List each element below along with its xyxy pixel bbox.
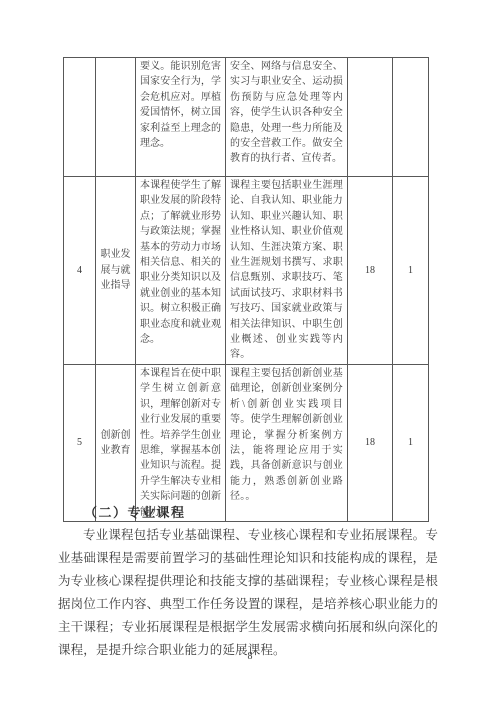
cell-course-content: 课程主要包括职业生涯理论、自我认知、职业能力认知、职业兴趣认知、职业性格认知、职… <box>226 177 348 365</box>
cell-course-name: 职业发展与就业指导 <box>96 177 136 365</box>
cell-course-hours <box>348 58 393 177</box>
cell-course-goal: 要义。能识别危害国家安全行为，学会危机应对。厚植爱国情怀，树立国家利益至上理念的… <box>136 58 226 177</box>
section-paragraph: 专业课程包括专业基础课程、专业核心课程和专业拓展课程。专业基础课程是需要前置学习… <box>58 524 438 662</box>
table-row-continued: 要义。能识别危害国家安全行为，学会危机应对。厚植爱国情怀，树立国家利益至上理念的… <box>64 58 429 177</box>
cell-course-hours: 18 <box>348 177 393 365</box>
page-number: 8 <box>0 651 500 662</box>
cell-course-credits: 1 <box>393 177 429 365</box>
course-table: 要义。能识别危害国家安全行为，学会危机应对。厚植爱国情怀，树立国家利益至上理念的… <box>63 57 429 522</box>
cell-course-goal: 本课程使学生了解职业发展的阶段特点；了解就业形势与政策法规；掌握基本的劳动力市场… <box>136 177 226 365</box>
section-heading: （二）专业课程 <box>84 502 186 521</box>
cell-course-content: 课程主要包括创新创业基础理论，创新创业案例分析\创新创业实践项目等。使学生理解创… <box>226 364 348 521</box>
cell-course-content: 安全、网络与信息安全、实习与职业安全、运动损伤预防与应急处理等内容，使学生认识各… <box>226 58 348 177</box>
cell-row-number: 4 <box>64 177 96 365</box>
cell-course-name <box>96 58 136 177</box>
cell-course-credits <box>393 58 429 177</box>
table-row-innovation-education: 5 创新创业教育 本课程旨在使中职学生树立创新意识，理解创新对专业行业发展的重要… <box>64 364 429 521</box>
cell-row-number <box>64 58 96 177</box>
table-row-career-guidance: 4 职业发展与就业指导 本课程使学生了解职业发展的阶段特点；了解就业形势与政策法… <box>64 177 429 365</box>
cell-course-goal: 本课程旨在使中职学生树立创新意识，理解创新对专业行业发展的重要性。培养学生创业思… <box>136 364 226 521</box>
cell-course-name: 创新创业教育 <box>96 364 136 521</box>
cell-course-hours: 18 <box>348 364 393 521</box>
cell-course-credits: 1 <box>393 364 429 521</box>
cell-row-number: 5 <box>64 364 96 521</box>
document-page: 要义。能识别危害国家安全行为，学会危机应对。厚植爱国情怀，树立国家利益至上理念的… <box>0 0 500 707</box>
